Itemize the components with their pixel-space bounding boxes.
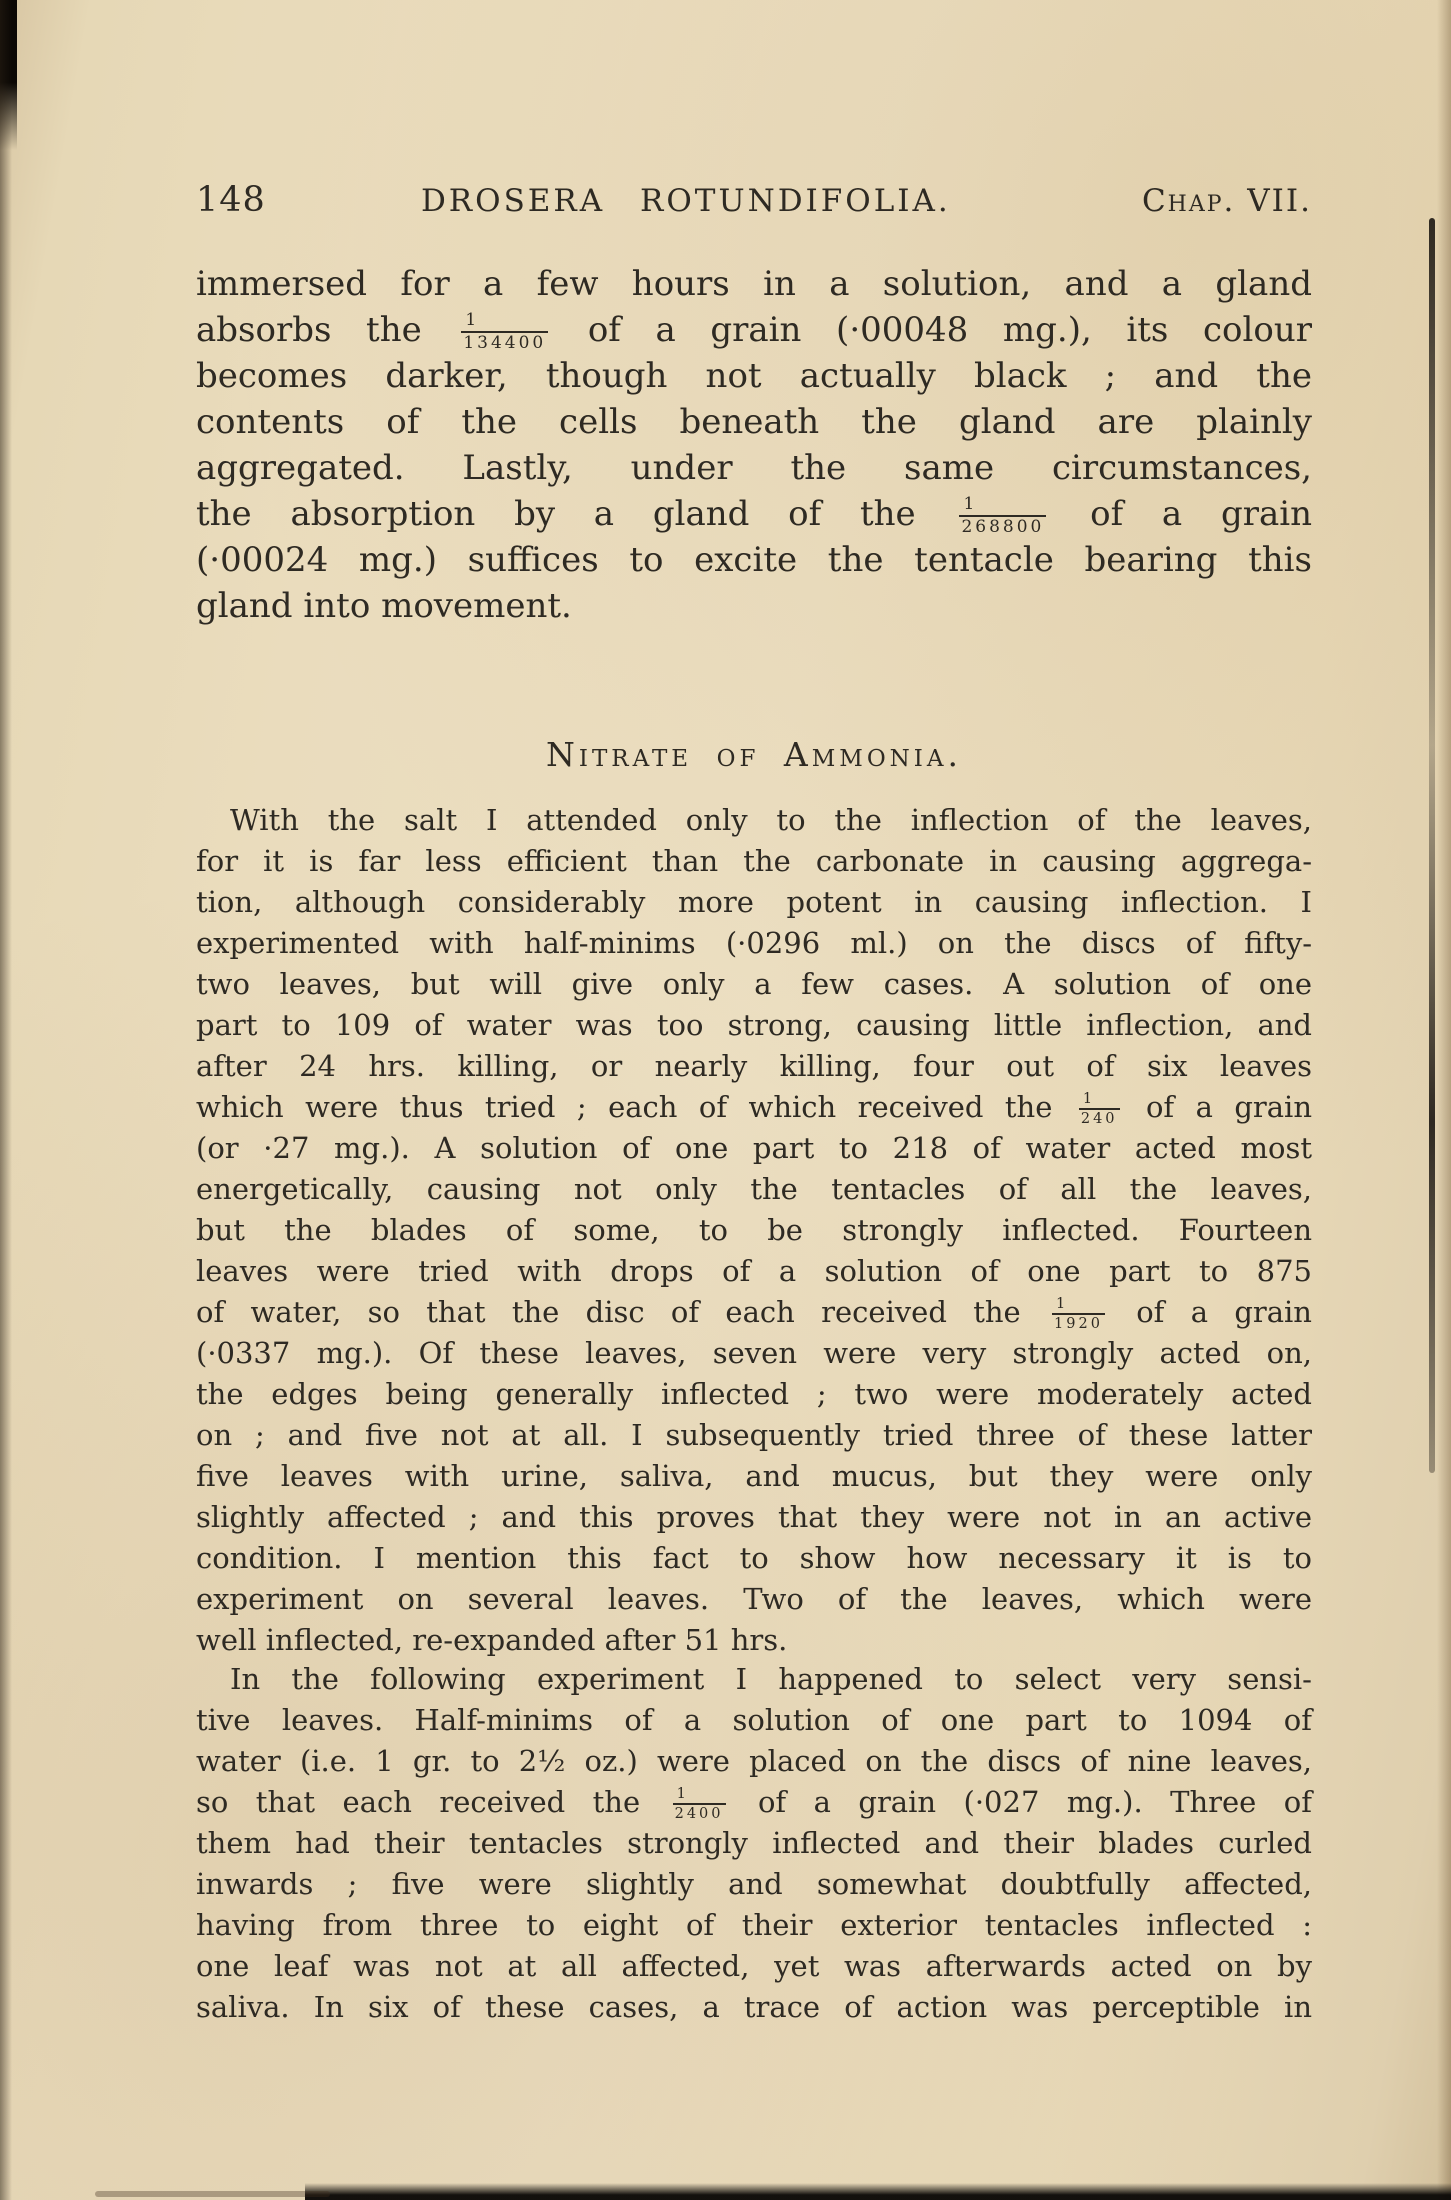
text-line: tive leaves. Half-minims of a solution o… [196, 1700, 1312, 1741]
text-line: one leaf was not at all affected, yet wa… [196, 1946, 1312, 1987]
text-line: five leaves with urine, saliva, and mucu… [196, 1456, 1312, 1497]
text-line: aggregated. Lastly, under the same circu… [196, 445, 1312, 491]
text-line: condition. I mention this fact to show h… [196, 1538, 1312, 1579]
scan-bottom-edge-shadow [305, 2183, 1451, 2200]
fraction: 1268800 [959, 496, 1046, 537]
text-line: inwards ; five were slightly and somewha… [196, 1864, 1312, 1905]
text-line: experiment on several leaves. Two of the… [196, 1579, 1312, 1620]
text-line: part to 109 of water was too strong, cau… [196, 1005, 1312, 1046]
text-line: becomes darker, though not actually blac… [196, 353, 1312, 399]
text-line: them had their tentacles strongly inflec… [196, 1823, 1312, 1864]
text-line: but the blades of some, to be strongly i… [196, 1210, 1312, 1251]
text-line: (·00024 mg.) suffices to excite the tent… [196, 537, 1312, 583]
text-line: energetically, causing not only the tent… [196, 1169, 1312, 1210]
text-line: so that each received the 12400 of a gra… [196, 1782, 1312, 1823]
fraction: 1240 [1079, 1092, 1120, 1127]
paragraph-nitrate-experiments: With the salt I attended only to the inf… [196, 800, 1312, 1661]
text-line: experimented with half-minims (·0296 ml.… [196, 923, 1312, 964]
running-title: DROSERA ROTUNDIFOLIA. [248, 183, 1124, 219]
fraction: 1134400 [461, 312, 548, 353]
fraction: 12400 [673, 1787, 726, 1822]
scan-bottom-edge-mark [95, 2191, 330, 2197]
text-line: (·0337 mg.). Of these leaves, seven were… [196, 1333, 1312, 1374]
text-line: absorbs the 1134400 of a grain (·00048 m… [196, 307, 1312, 353]
text-line: immersed for a few hours in a solution, … [196, 261, 1312, 307]
scan-left-edge-shadow [0, 0, 12, 2200]
text-line: the absorption by a gland of the 1268800… [196, 491, 1312, 537]
paragraph-sensitive-leaves: In the following experiment I happened t… [196, 1659, 1312, 2028]
fraction: 11920 [1052, 1297, 1105, 1332]
text-line: contents of the cells beneath the gland … [196, 399, 1312, 445]
text-line: In the following experiment I happened t… [196, 1659, 1312, 1700]
text-line: after 24 hrs. killing, or nearly killing… [196, 1046, 1312, 1087]
text-line: (or ·27 mg.). A solution of one part to … [196, 1128, 1312, 1169]
text-line: having from three to eight of their exte… [196, 1905, 1312, 1946]
text-line: With the salt I attended only to the inf… [196, 800, 1312, 841]
text-line: slightly affected ; and this proves that… [196, 1497, 1312, 1538]
text-line: gland into movement. [196, 583, 1312, 629]
text-line: two leaves, but will give only a few cas… [196, 964, 1312, 1005]
text-line: tion, although considerably more potent … [196, 882, 1312, 923]
section-heading: Nitrate of Ammonia. [196, 735, 1312, 774]
scan-right-edge-shade [1437, 0, 1451, 2200]
chapter-label: Chap. VII. [1142, 183, 1312, 219]
text-line: which were thus tried ; each of which re… [196, 1087, 1312, 1128]
page-header: 148 DROSERA ROTUNDIFOLIA. Chap. VII. [196, 180, 1312, 220]
scan-right-page-edge-line [1429, 218, 1435, 1473]
text-line: for it is far less efficient than the ca… [196, 841, 1312, 882]
scanned-book-page: 148 DROSERA ROTUNDIFOLIA. Chap. VII. imm… [0, 0, 1451, 2200]
text-line: saliva. In six of these cases, a trace o… [196, 1987, 1312, 2028]
text-line: water (i.e. 1 gr. to 2½ oz.) were placed… [196, 1741, 1312, 1782]
text-line: on ; and five not at all. I subsequently… [196, 1415, 1312, 1456]
paragraph-absorption: immersed for a few hours in a solution, … [196, 261, 1312, 629]
text-line: the edges being generally inflected ; tw… [196, 1374, 1312, 1415]
text-line: well inflected, re-expanded after 51 hrs… [196, 1620, 1312, 1661]
text-line: leaves were tried with drops of a soluti… [196, 1251, 1312, 1292]
text-line: of water, so that the disc of each recei… [196, 1292, 1312, 1333]
